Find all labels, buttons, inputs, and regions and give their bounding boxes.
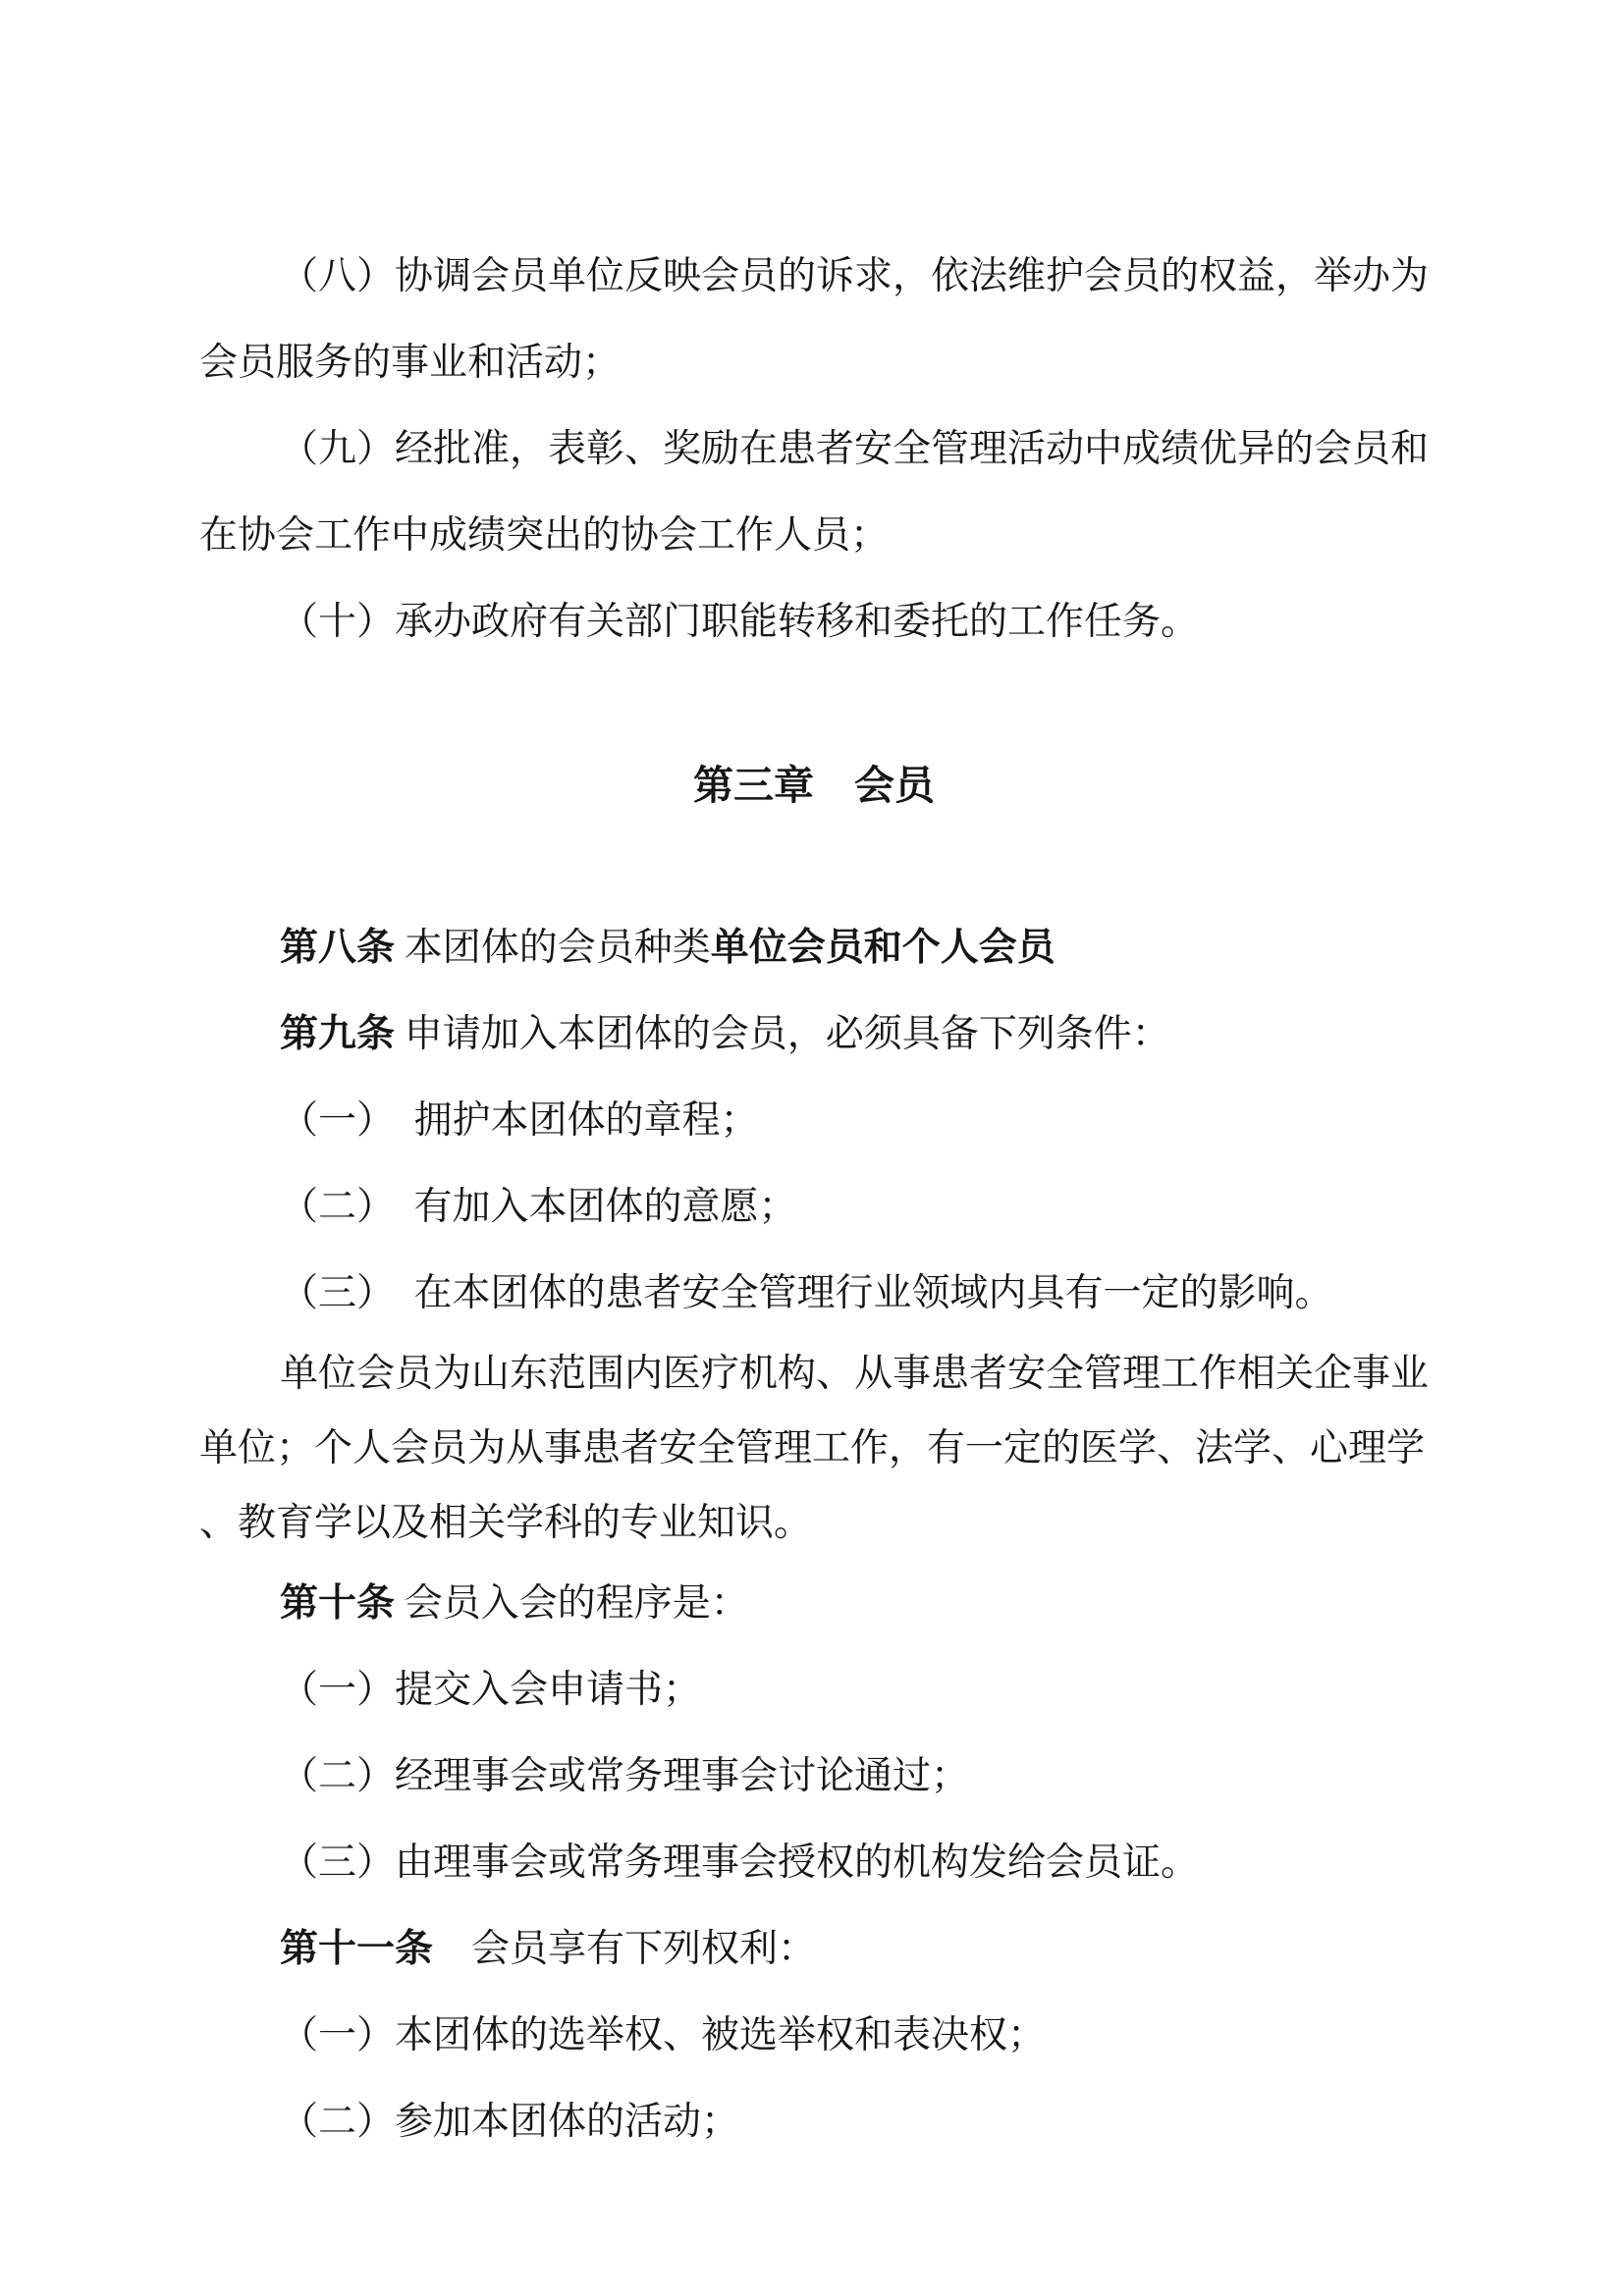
bold-text-segment: 第十条 <box>280 1582 395 1625</box>
paragraph-line: （九）经批准，表彰、奖励在患者安全管理活动中成绩优异的会员和 <box>199 406 1429 493</box>
paragraph-line: 第十一条 会员享有下列权利： <box>199 1906 1429 1993</box>
text-segment: （二） 有加入本团体的意愿； <box>280 1186 797 1228</box>
text-segment: （二）经理事会或常务理事会讨论通过； <box>280 1755 969 1797</box>
text-segment: 单位；个人会员为从事患者安全管理工作，有一定的医学、法学、心理学 <box>199 1427 1425 1469</box>
text-segment: 会员服务的事业和活动； <box>199 342 621 384</box>
document-page: （八）协调会员单位反映会员的诉求，依法维护会员的权益，举办为会员服务的事业和活动… <box>0 0 1624 2296</box>
chapter-heading: 第三章 会员 <box>199 742 1429 828</box>
text-segment: （一）提交入会申请书； <box>280 1669 701 1711</box>
bold-text-segment: 第八条 <box>280 927 395 969</box>
text-segment: （十）承办政府有关部门职能转移和委托的工作任务。 <box>280 601 1199 643</box>
paragraph-line: 单位会员为山东范围内医疗机构、从事患者安全管理工作相关企事业 <box>199 1337 1429 1412</box>
text-segment: 、教育学以及相关学科的专业知识。 <box>199 1502 812 1544</box>
text-segment: （九）经批准，表彰、奖励在患者安全管理活动中成绩优异的会员和 <box>280 428 1429 470</box>
text-segment: 在协会工作中成绩突出的协会工作人员； <box>199 514 889 557</box>
paragraph-line: 、教育学以及相关学科的专业知识。 <box>199 1486 1429 1561</box>
text-segment: 申请加入本团体的会员，必须具备下列条件： <box>395 1013 1170 1055</box>
document-content: （八）协调会员单位反映会员的诉求，依法维护会员的权益，举办为会员服务的事业和活动… <box>199 234 1429 2165</box>
text-segment: 会员入会的程序是： <box>395 1582 749 1625</box>
paragraph-line: （二） 有加入本团体的意愿； <box>199 1164 1429 1251</box>
paragraph-line: （一） 拥护本团体的章程； <box>199 1078 1429 1164</box>
text-segment: 会员享有下列权利： <box>433 1928 816 1970</box>
paragraph-line: （三） 在本团体的患者安全管理行业领域内具有一定的影响。 <box>199 1251 1429 1337</box>
paragraph-line: （一）提交入会申请书； <box>199 1647 1429 1734</box>
paragraph-line: （一）本团体的选举权、被选举权和表决权； <box>199 1993 1429 2079</box>
text-segment: （一）本团体的选举权、被选举权和表决权； <box>280 2014 1046 2056</box>
bold-text-segment: 第九条 <box>280 1013 395 1055</box>
paragraph-line: 第八条 本团体的会员种类单位会员和个人会员 <box>199 905 1429 991</box>
paragraph-line: （三）由理事会或常务理事会授权的机构发给会员证。 <box>199 1820 1429 1906</box>
paragraph-line: （十）承办政府有关部门职能转移和委托的工作任务。 <box>199 579 1429 666</box>
paragraph-line: 在协会工作中成绩突出的协会工作人员； <box>199 493 1429 579</box>
bold-text-segment: 第三章 会员 <box>693 763 935 808</box>
bold-text-segment: 第十一条 <box>280 1928 433 1970</box>
bold-text-segment: 单位会员和个人会员 <box>711 927 1056 969</box>
text-segment: （一） 拥护本团体的章程； <box>280 1099 759 1142</box>
paragraph-line: （二）经理事会或常务理事会讨论通过； <box>199 1734 1429 1820</box>
paragraph-line: （二）参加本团体的活动； <box>199 2079 1429 2165</box>
text-segment: （三） 在本团体的患者安全管理行业领域内具有一定的影响。 <box>280 1272 1333 1314</box>
paragraph-line: 第九条 申请加入本团体的会员，必须具备下列条件： <box>199 991 1429 1078</box>
text-segment: 本团体的会员种类 <box>395 927 711 969</box>
text-segment: （二）参加本团体的活动； <box>280 2101 739 2143</box>
paragraph-line: （八）协调会员单位反映会员的诉求，依法维护会员的权益，举办为 <box>199 234 1429 320</box>
paragraph-line: 会员服务的事业和活动； <box>199 320 1429 406</box>
text-segment: （八）协调会员单位反映会员的诉求，依法维护会员的权益，举办为 <box>280 255 1429 297</box>
text-segment: （三）由理事会或常务理事会授权的机构发给会员证。 <box>280 1842 1199 1884</box>
paragraph-line: 第十条 会员入会的程序是： <box>199 1561 1429 1647</box>
paragraph-line: 单位；个人会员为从事患者安全管理工作，有一定的医学、法学、心理学 <box>199 1412 1429 1486</box>
text-segment: 单位会员为山东范围内医疗机构、从事患者安全管理工作相关企事业 <box>280 1353 1429 1395</box>
